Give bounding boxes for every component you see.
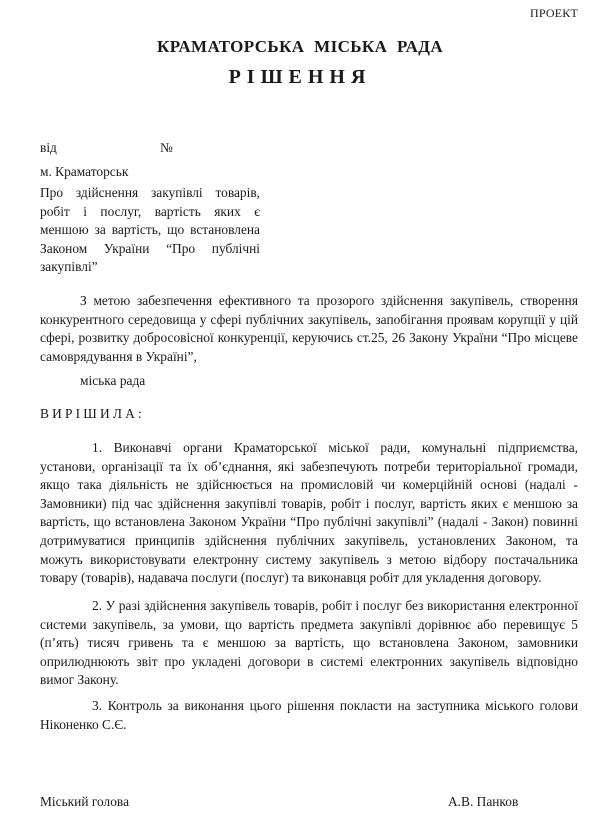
draft-status-label: ПРОЕКТ [530,6,578,21]
signatory-name: А.В. Панков [448,793,518,812]
preamble-paragraph: З метою забезпечення ефективного та проз… [40,292,578,366]
decision-item-3: 3. Контроль за виконання цього рішення п… [40,697,578,734]
number-label: № [160,139,173,158]
decision-subject: Про здійснення закупівлі товарів, робіт … [40,184,260,277]
decided-heading: ВИРІШИЛА: [40,405,145,424]
decision-item-1: 1. Виконавчі органи Краматорської місько… [40,439,578,588]
issuer-title: КРАМАТОРСЬКА МІСЬКА РАДА [0,37,600,57]
decision-item-2: 2. У разі здійснення закупівель товарів,… [40,597,578,690]
document-type-title: РІШЕННЯ [0,66,600,89]
signatory-role: Міський голова [40,793,129,812]
city-label: м. Краматорськ [40,163,128,182]
date-label: від [40,139,57,158]
council-label: міська рада [80,372,145,391]
